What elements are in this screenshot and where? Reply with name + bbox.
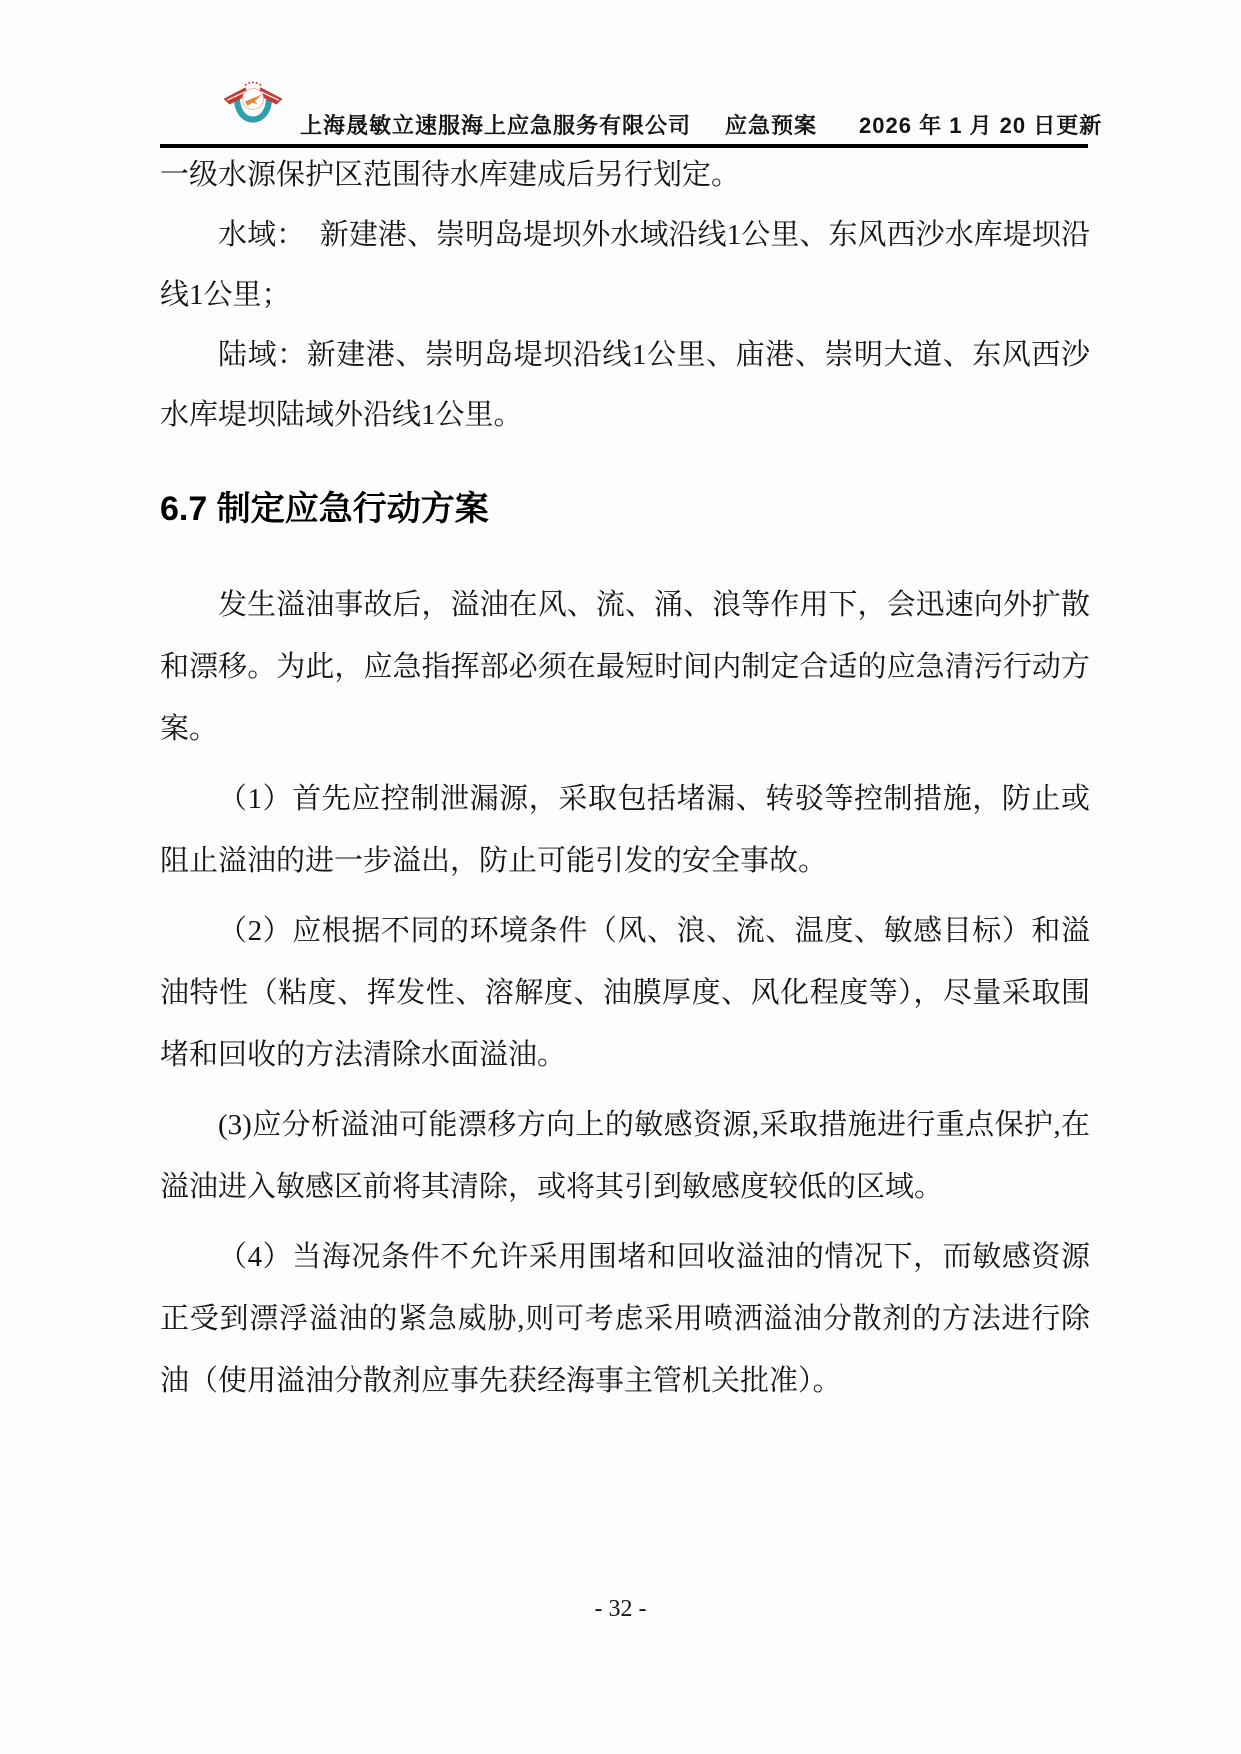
page-footer: - 32 - — [0, 1592, 1241, 1626]
document-page: 上海晟敏立速服海上应急服务有限公司应急预案2026 年 1 月 20 日更新 一… — [0, 0, 1241, 1754]
company-name: 上海晟敏立速服海上应急服务有限公司 — [300, 113, 691, 138]
page-number: - 32 - — [595, 1596, 647, 1622]
paragraph-water-source-continuation: 一级水源保护区范围待水库建成后另行划定。 — [160, 145, 1090, 205]
list-item-3: (3)应分析溢油可能漂移方向上的敏感资源,采取措施进行重点保护,在溢油进入敏感区… — [160, 1094, 1090, 1218]
emblem-top-arc — [245, 81, 262, 85]
page-header: 上海晟敏立速服海上应急服务有限公司应急预案2026 年 1 月 20 日更新 — [160, 74, 1088, 148]
paragraph-intro: 发生溢油事故后，溢油在风、流、涌、浪等作用下，会迅速向外扩散和漂移。为此，应急指… — [160, 574, 1090, 760]
document-type: 应急预案 — [725, 113, 817, 138]
section-heading-6-7: 6.7 制定应急行动方案 — [160, 485, 1090, 533]
list-item-2: （2）应根据不同的环境条件（风、浪、流、温度、敏感目标）和溢油特性（粘度、挥发性… — [160, 900, 1090, 1086]
list-item-1: （1）首先应控制泄漏源，采取包括堵漏、转驳等控制措施，防止或阻止溢油的进一步溢出… — [160, 768, 1090, 892]
paragraph-water-area: 水域： 新建港、崇明岛堤坝外水域沿线1公里、东风西沙水库堤坝沿线1公里； — [160, 205, 1090, 325]
document-body: 一级水源保护区范围待水库建成后另行划定。 水域： 新建港、崇明岛堤坝外水域沿线1… — [160, 145, 1090, 1412]
list-item-4: （4）当海况条件不允许采用围堵和回收溢油的情况下，而敏感资源正受到漂浮溢油的紧急… — [160, 1226, 1090, 1412]
update-date: 2026 年 1 月 20 日更新 — [859, 113, 1102, 138]
header-text: 上海晟敏立速服海上应急服务有限公司应急预案2026 年 1 月 20 日更新 — [300, 110, 1102, 144]
company-emblem-icon — [222, 78, 284, 142]
paragraph-land-area: 陆域：新建港、崇明岛堤坝沿线1公里、庙港、崇明大道、东风西沙水库堤坝陆域外沿线1… — [160, 325, 1090, 445]
